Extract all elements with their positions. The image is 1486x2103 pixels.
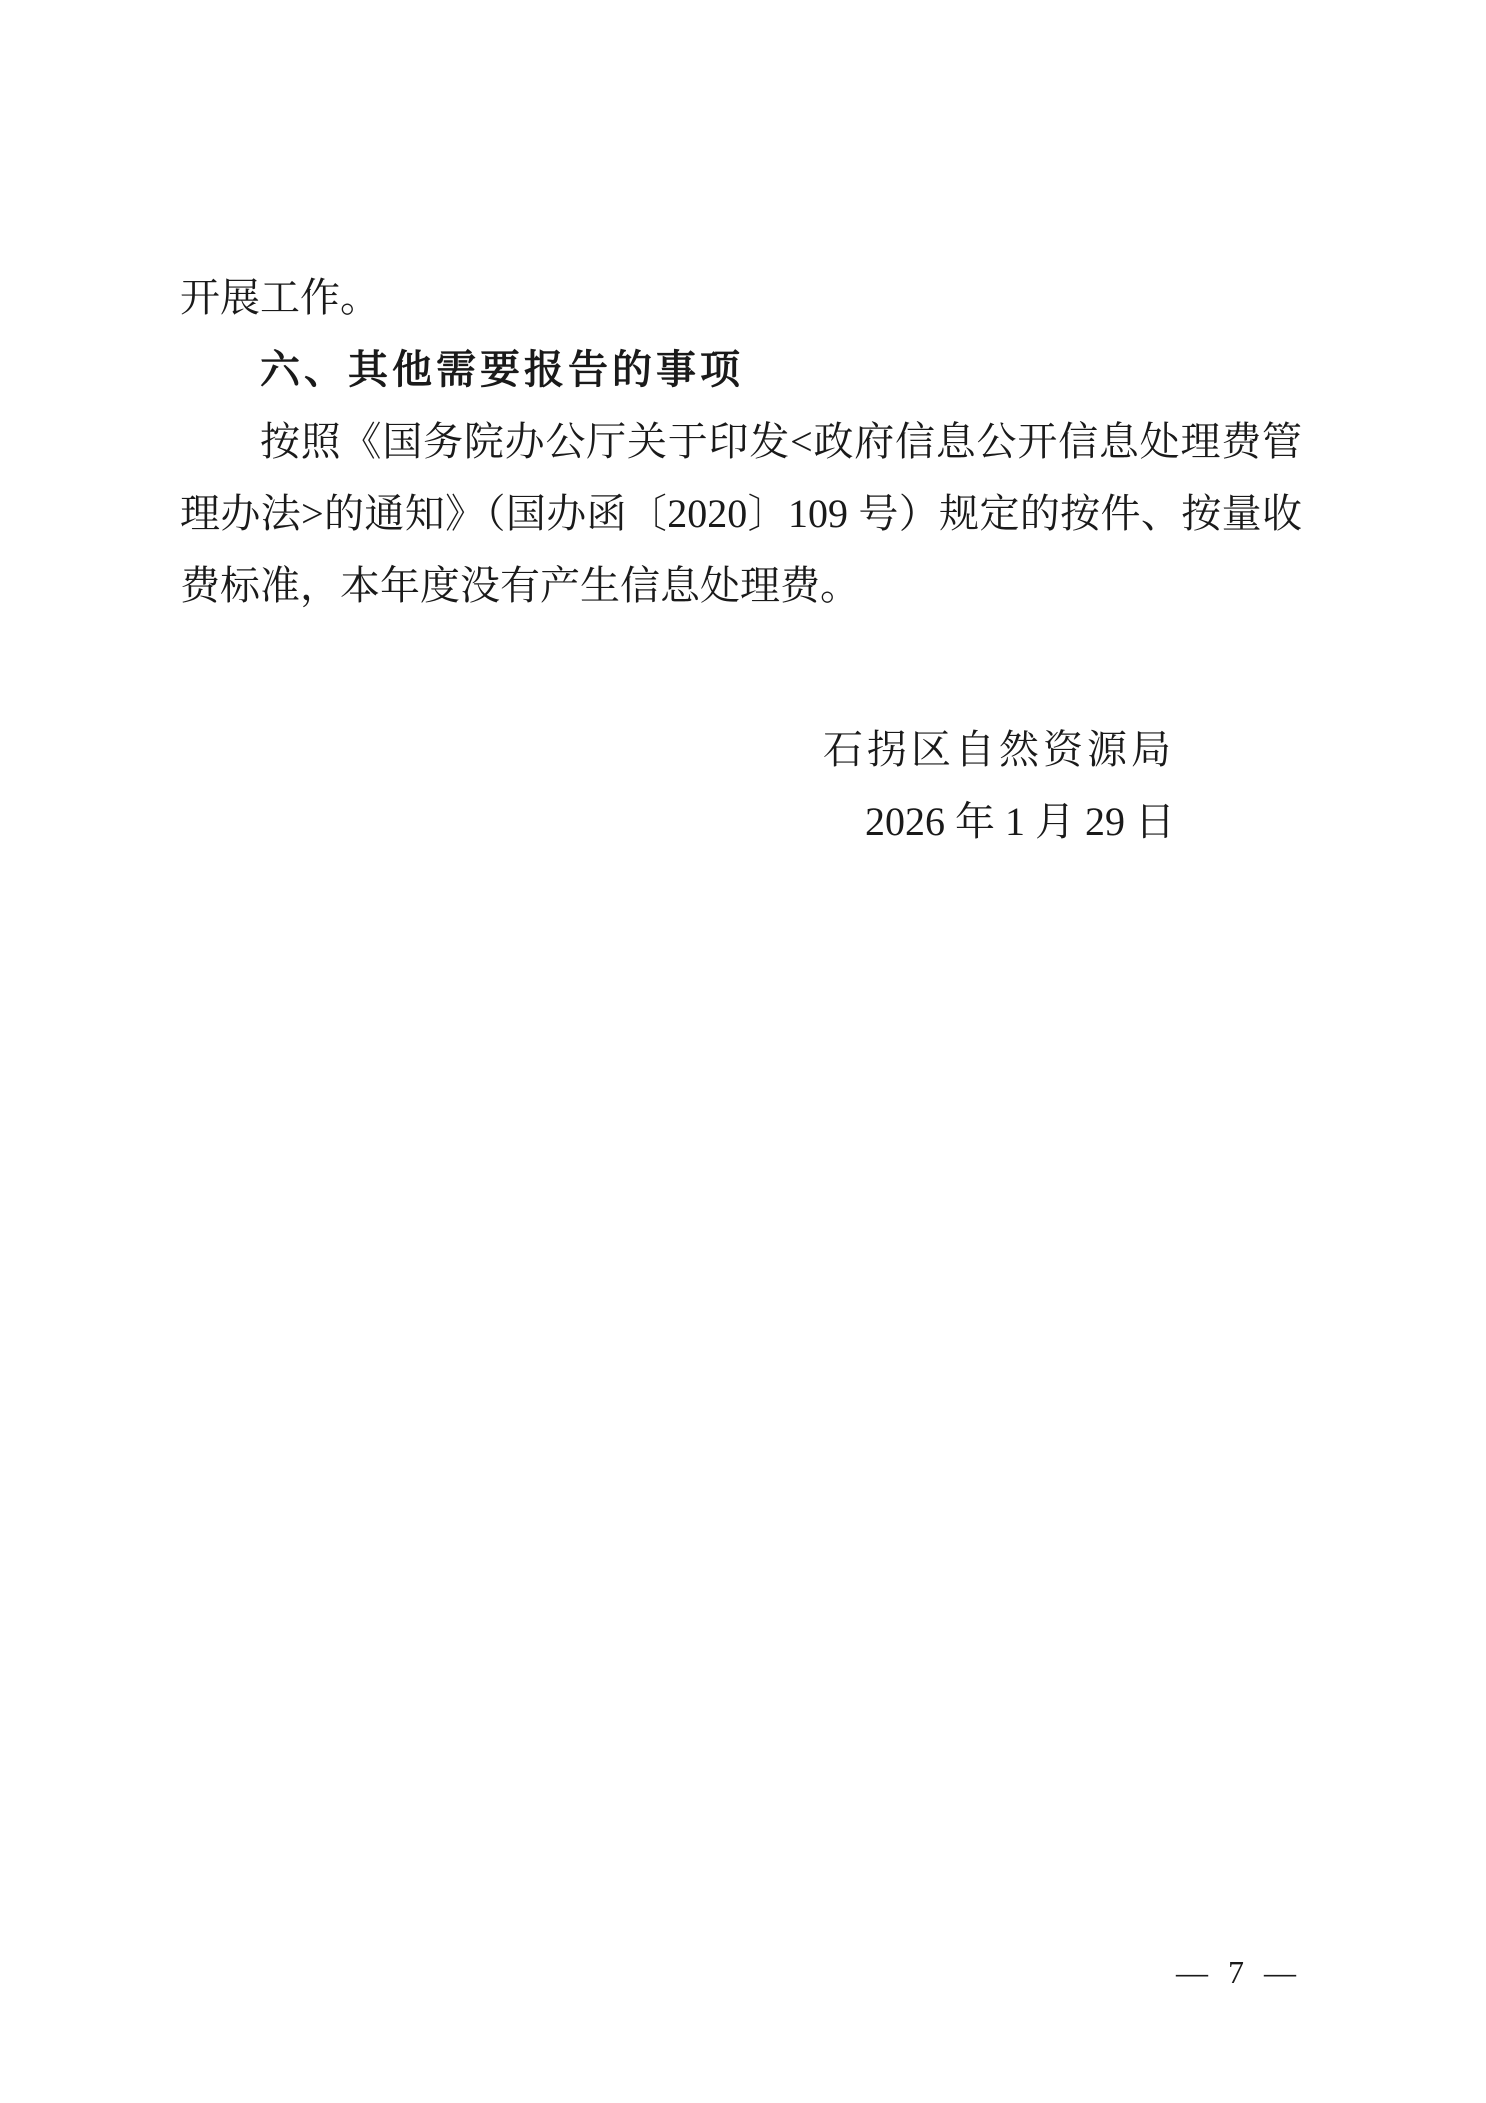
paragraph-line-3: 费标准，本年度没有产生信息处理费。 xyxy=(180,550,1302,622)
signature-organization: 石拐区自然资源局 xyxy=(823,714,1175,786)
paragraph-line-2: 理办法>的通知》（国办函〔2020〕109 号）规定的按件、按量收 xyxy=(180,478,1302,550)
paragraph-line-1: 按照《国务院办公厅关于印发<政府信息公开信息处理费管 xyxy=(180,406,1302,478)
continuation-line: 开展工作。 xyxy=(180,262,1302,334)
document-page: 开展工作。 六、其他需要报告的事项 按照《国务院办公厅关于印发<政府信息公开信息… xyxy=(0,0,1486,2103)
signature-date: 2026 年 1 月 29 日 xyxy=(823,786,1175,858)
document-body: 开展工作。 六、其他需要报告的事项 按照《国务院办公厅关于印发<政府信息公开信息… xyxy=(180,262,1302,622)
section-heading: 六、其他需要报告的事项 xyxy=(180,334,1302,406)
signature-block: 石拐区自然资源局 2026 年 1 月 29 日 xyxy=(823,714,1175,858)
page-number: — 7 — xyxy=(1176,1952,1302,1992)
